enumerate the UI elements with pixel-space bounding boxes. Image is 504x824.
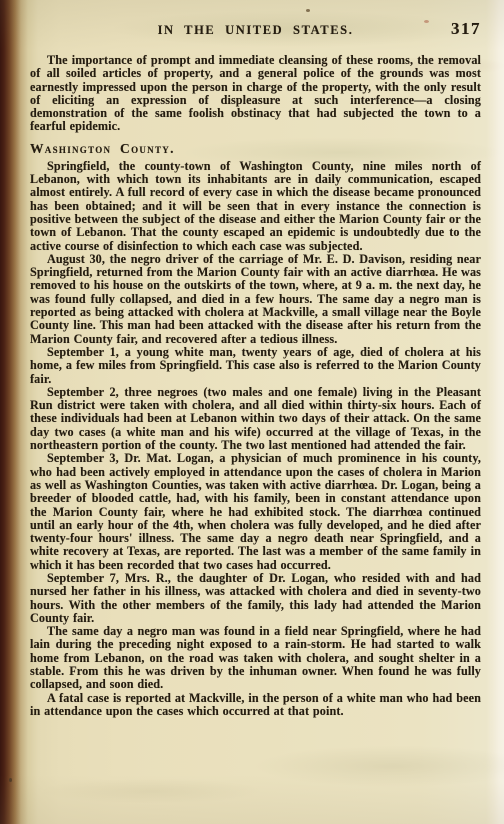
book-page-scan: IN THE UNITED STATES. 317 The importance… <box>0 0 504 824</box>
ink-speck <box>306 9 310 12</box>
running-title: IN THE UNITED STATES. <box>90 23 421 38</box>
paragraph-intro: The importance of prompt and immediate c… <box>30 54 481 134</box>
paragraph-springfield-overview: Springfield, the county-town of Washingt… <box>30 160 481 253</box>
ink-speck <box>9 778 12 782</box>
page-content: IN THE UNITED STATES. 317 The importance… <box>30 19 481 718</box>
paragraph-negro-man-field: The same day a negro man was found in a … <box>30 625 481 691</box>
section-heading-washington-county: Washington County. <box>30 141 481 157</box>
paragraph-september-3: September 3, Dr. Mat. Logan, a physician… <box>30 452 481 572</box>
paragraph-september-1: September 1, a young white man, twenty y… <box>30 346 481 386</box>
paragraph-september-7: September 7, Mrs. R., the daughter of Dr… <box>30 572 481 625</box>
paragraph-september-2: September 2, three negroes (two males an… <box>30 386 481 452</box>
paragraph-mackville-fatal-case: A fatal case is reported at Mackville, i… <box>30 692 481 719</box>
page-header: IN THE UNITED STATES. 317 <box>30 19 481 43</box>
paragraph-august-30: August 30, the negro driver of the carri… <box>30 253 481 346</box>
page-number: 317 <box>451 19 481 39</box>
